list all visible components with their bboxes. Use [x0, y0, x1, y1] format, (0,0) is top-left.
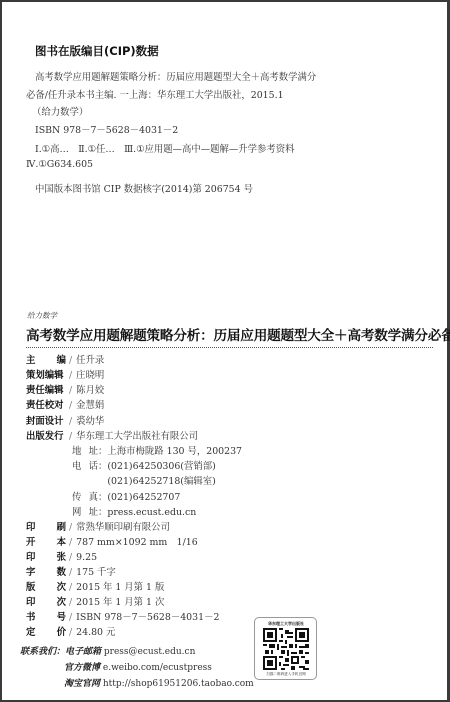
- credit-value: 裘幼华: [76, 413, 104, 427]
- spec-isbn: 书号 / ISBN 978－7－5628－4031－2: [26, 609, 219, 623]
- credit-label: 责任校对: [26, 397, 66, 411]
- credit-editor-in-chief: 主编 / 任升录: [26, 352, 104, 366]
- credit-value: 庄晓明: [76, 367, 104, 381]
- publisher-website: 网址 ：press.ecust.edu.cn: [72, 504, 196, 518]
- contact-weibo[interactable]: e.weibo.com/ecustpress: [103, 663, 212, 673]
- qr-bottom-caption: 扫描二维码进入手机官网: [259, 672, 313, 677]
- qr-top-caption: 华东理工大学出版社: [259, 621, 313, 627]
- credit-proofreader: 责任校对 / 金慧娟: [26, 397, 104, 411]
- publisher-fax: 传真 ：(021)64252707: [72, 489, 180, 503]
- contact-taobao-row: 淘宝官网 http://shop61951206.taobao.com: [64, 676, 254, 689]
- series-name: 给力数学: [27, 310, 57, 321]
- credit-label: 责任编辑: [26, 382, 66, 396]
- publisher-phone-editorial: (021)64252718(编辑室): [72, 473, 216, 487]
- spec-format: 开本 / 787 mm×1092 mm 1/16: [26, 534, 198, 548]
- spec-price: 定价 / 24.80 元: [26, 624, 115, 638]
- cip-isbn: ISBN 978－7－5628－4031－2: [35, 122, 178, 136]
- credit-label: 出版发行: [26, 428, 66, 442]
- credit-planning-editor: 策划编辑 / 庄晓明: [26, 367, 104, 381]
- contact-email[interactable]: press@ecust.edu.cn: [104, 647, 195, 657]
- cip-title-line-1: 高考数学应用题解题策略分析：历届应用题题型大全＋高考数学满分: [35, 69, 316, 83]
- credit-responsible-editor: 责任编辑 / 陈月姣: [26, 382, 104, 396]
- contact-weibo-row: 官方微博 e.weibo.com/ecustpress: [64, 660, 212, 673]
- dotted-divider: [26, 347, 433, 348]
- spec-printer: 印刷 / 常熟华顺印刷有限公司: [26, 519, 170, 533]
- contact-email-row: 联系我们：电子邮箱 press@ecust.edu.cn: [20, 644, 195, 657]
- qr-code-card: 华东理工大学出版社 扫描二维码进入手机官网: [254, 617, 317, 680]
- book-title: 高考数学应用题解题策略分析：历届应用题题型大全＋高考数学满分必备: [26, 324, 450, 344]
- credit-publisher: 出版发行 / 华东理工大学出版社有限公司: [26, 428, 198, 442]
- contact-intro: 联系我们：: [20, 647, 65, 657]
- credit-label: 封面设计: [26, 413, 66, 427]
- credit-cover-design: 封面设计 / 裘幼华: [26, 413, 104, 427]
- spec-edition: 版次 / 2015 年 1 月第 1 版: [26, 579, 164, 593]
- cip-title-line-2: 必备/任升录本书主编. 一上海：华东理工大学出版社，2015.1: [26, 87, 284, 101]
- cip-classification: Ⅰ.①高… Ⅱ.①任… Ⅲ.①应用题—高中—题解—升学参考资料: [35, 141, 295, 155]
- cip-series: （给力数学）: [32, 104, 88, 118]
- publisher-phone: 电话 ：(021)64250306(营销部): [72, 458, 216, 472]
- credit-label: 策划编辑: [26, 367, 66, 381]
- credit-value: 华东理工大学出版社有限公司: [76, 428, 198, 442]
- spec-word-count: 字数 / 175 千字: [26, 564, 116, 578]
- credit-value: 陈月姣: [76, 382, 104, 396]
- publisher-address: 地址 ：上海市梅陇路 130 号，200237: [72, 443, 242, 457]
- cip-heading: 图书在版编目(CIP)数据: [35, 43, 159, 59]
- cip-call-number: Ⅳ.①G634.605: [26, 159, 93, 170]
- qr-code-icon: [263, 628, 309, 670]
- spec-sheets: 印张 / 9.25: [26, 549, 97, 563]
- credit-value: 金慧娟: [76, 397, 104, 411]
- credit-value: 任升录: [76, 352, 104, 366]
- credit-label: 主编: [26, 352, 66, 366]
- cip-verification: 中国版本图书馆 CIP 数据核字(2014)第 206754 号: [35, 181, 253, 195]
- spec-printing: 印次 / 2015 年 1 月第 1 次: [26, 594, 164, 608]
- contact-taobao[interactable]: http://shop61951206.taobao.com: [103, 679, 254, 689]
